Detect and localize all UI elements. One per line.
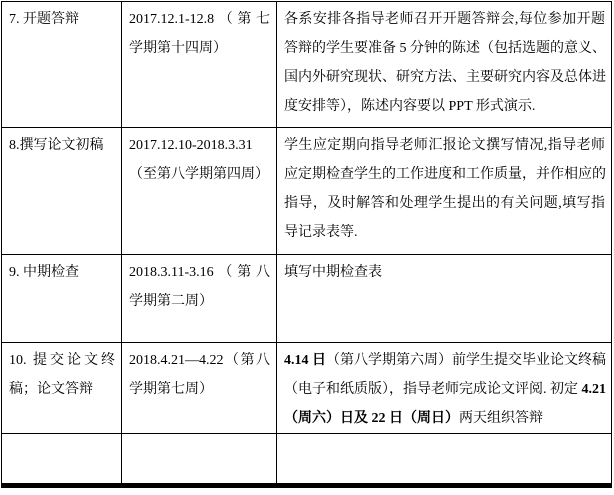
table-row: 7. 开题答辩 2017.12.1-12.8（第七 学期第十四周） 各系安排各指… — [2, 2, 612, 128]
stage-text: 稿；论文答辩 — [9, 375, 115, 404]
stage-cell: 7. 开题答辩 — [2, 2, 122, 128]
description-text: 4.14 日（第八学期第六周）前学生提交毕业论文终稿 — [284, 346, 605, 375]
description-text: 度安排等），陈述内容要以 PPT 形式演示. — [284, 92, 605, 121]
stage-cell — [2, 434, 122, 486]
date-cell: 2018.4.21—4.22（第八 学期第七周） — [122, 343, 277, 434]
table-row: 9. 中期检查 2018.3.11-3.16（第八 学期第二周） 填写中期检查表 — [2, 255, 612, 343]
date-cell: 2018.3.11-3.16（第八 学期第二周） — [122, 255, 277, 343]
date-text: 2017.12.1-12.8（第七 — [129, 5, 270, 34]
description-text: 各系安排各指导老师召开开题答辩会,每位参加开题 — [284, 5, 605, 34]
date-cell: 2017.12.10-2018.3.31 （至第八学期第四周） — [122, 128, 277, 255]
description-text: （周六）日及 22 日（周日）两天组织答辩 — [284, 404, 605, 433]
date-text: 2017.12.10-2018.3.31 — [129, 131, 270, 160]
desc-segment-bold: 4.21 — [582, 382, 607, 397]
desc-segment: （电子和纸质版），指导老师完成论文评阅. 初定 — [284, 382, 582, 397]
desc-segment: 两天组织答辩 — [459, 411, 543, 426]
desc-segment-bold: （周六）日及 22 日（周日） — [284, 411, 459, 426]
stage-cell: 8.撰写论文初稿 — [2, 128, 122, 255]
stage-cell: 10. 提交论文终 稿；论文答辩 — [2, 343, 122, 434]
schedule-table: 7. 开题答辩 2017.12.1-12.8（第七 学期第十四周） 各系安排各指… — [1, 1, 612, 488]
description-text: 国内外研究现状、研究方法、主要研究内容及总体进 — [284, 63, 605, 92]
description-text: 填写中期检查表 — [284, 258, 605, 287]
description-text: 应定期检查学生的工作进度和工作质量，并作相应的 — [284, 160, 605, 189]
stage-text: 9. 中期检查 — [9, 258, 115, 287]
table-row: 10. 提交论文终 稿；论文答辩 2018.4.21—4.22（第八 学期第七周… — [2, 343, 612, 434]
stage-text: 7. 开题答辩 — [9, 5, 115, 34]
date-text: 2018.3.11-3.16（第八 — [129, 258, 270, 287]
date-text: 2018.4.21—4.22（第八 — [129, 346, 270, 375]
table-row: 8.撰写论文初稿 2017.12.10-2018.3.31 （至第八学期第四周）… — [2, 128, 612, 255]
description-cell: 填写中期检查表 — [277, 255, 612, 343]
description-text: 导记录表等. — [284, 218, 605, 247]
stage-cell: 9. 中期检查 — [2, 255, 122, 343]
description-text: 学生应定期向指导老师汇报论文撰写情况,指导老师 — [284, 131, 605, 160]
desc-segment-bold: 4.14 日 — [284, 353, 326, 368]
date-text: 学期第二周） — [129, 287, 270, 316]
date-text: 学期第十四周） — [129, 34, 270, 63]
stage-text: 8.撰写论文初稿 — [9, 131, 115, 160]
description-cell: 4.14 日（第八学期第六周）前学生提交毕业论文终稿 （电子和纸质版），指导老师… — [277, 343, 612, 434]
description-cell — [277, 434, 612, 486]
table-row — [2, 434, 612, 486]
date-cell: 2017.12.1-12.8（第七 学期第十四周） — [122, 2, 277, 128]
date-text: 学期第七周） — [129, 375, 270, 404]
description-cell: 各系安排各指导老师召开开题答辩会,每位参加开题 答辩的学生要准备 5 分钟的陈述… — [277, 2, 612, 128]
desc-segment: （第八学期第六周）前学生提交毕业论文终稿 — [326, 353, 606, 368]
description-text: （电子和纸质版），指导老师完成论文评阅. 初定 4.21 — [284, 375, 605, 404]
date-cell — [122, 434, 277, 486]
description-cell: 学生应定期向指导老师汇报论文撰写情况,指导老师 应定期检查学生的工作进度和工作质… — [277, 128, 612, 255]
stage-text: 10. 提交论文终 — [9, 346, 115, 375]
description-text: 指导，及时解答和处理学生提出的有关问题,填写指 — [284, 189, 605, 218]
date-text: （至第八学期第四周） — [129, 160, 270, 189]
description-text: 答辩的学生要准备 5 分钟的陈述（包括选题的意义、 — [284, 34, 605, 63]
